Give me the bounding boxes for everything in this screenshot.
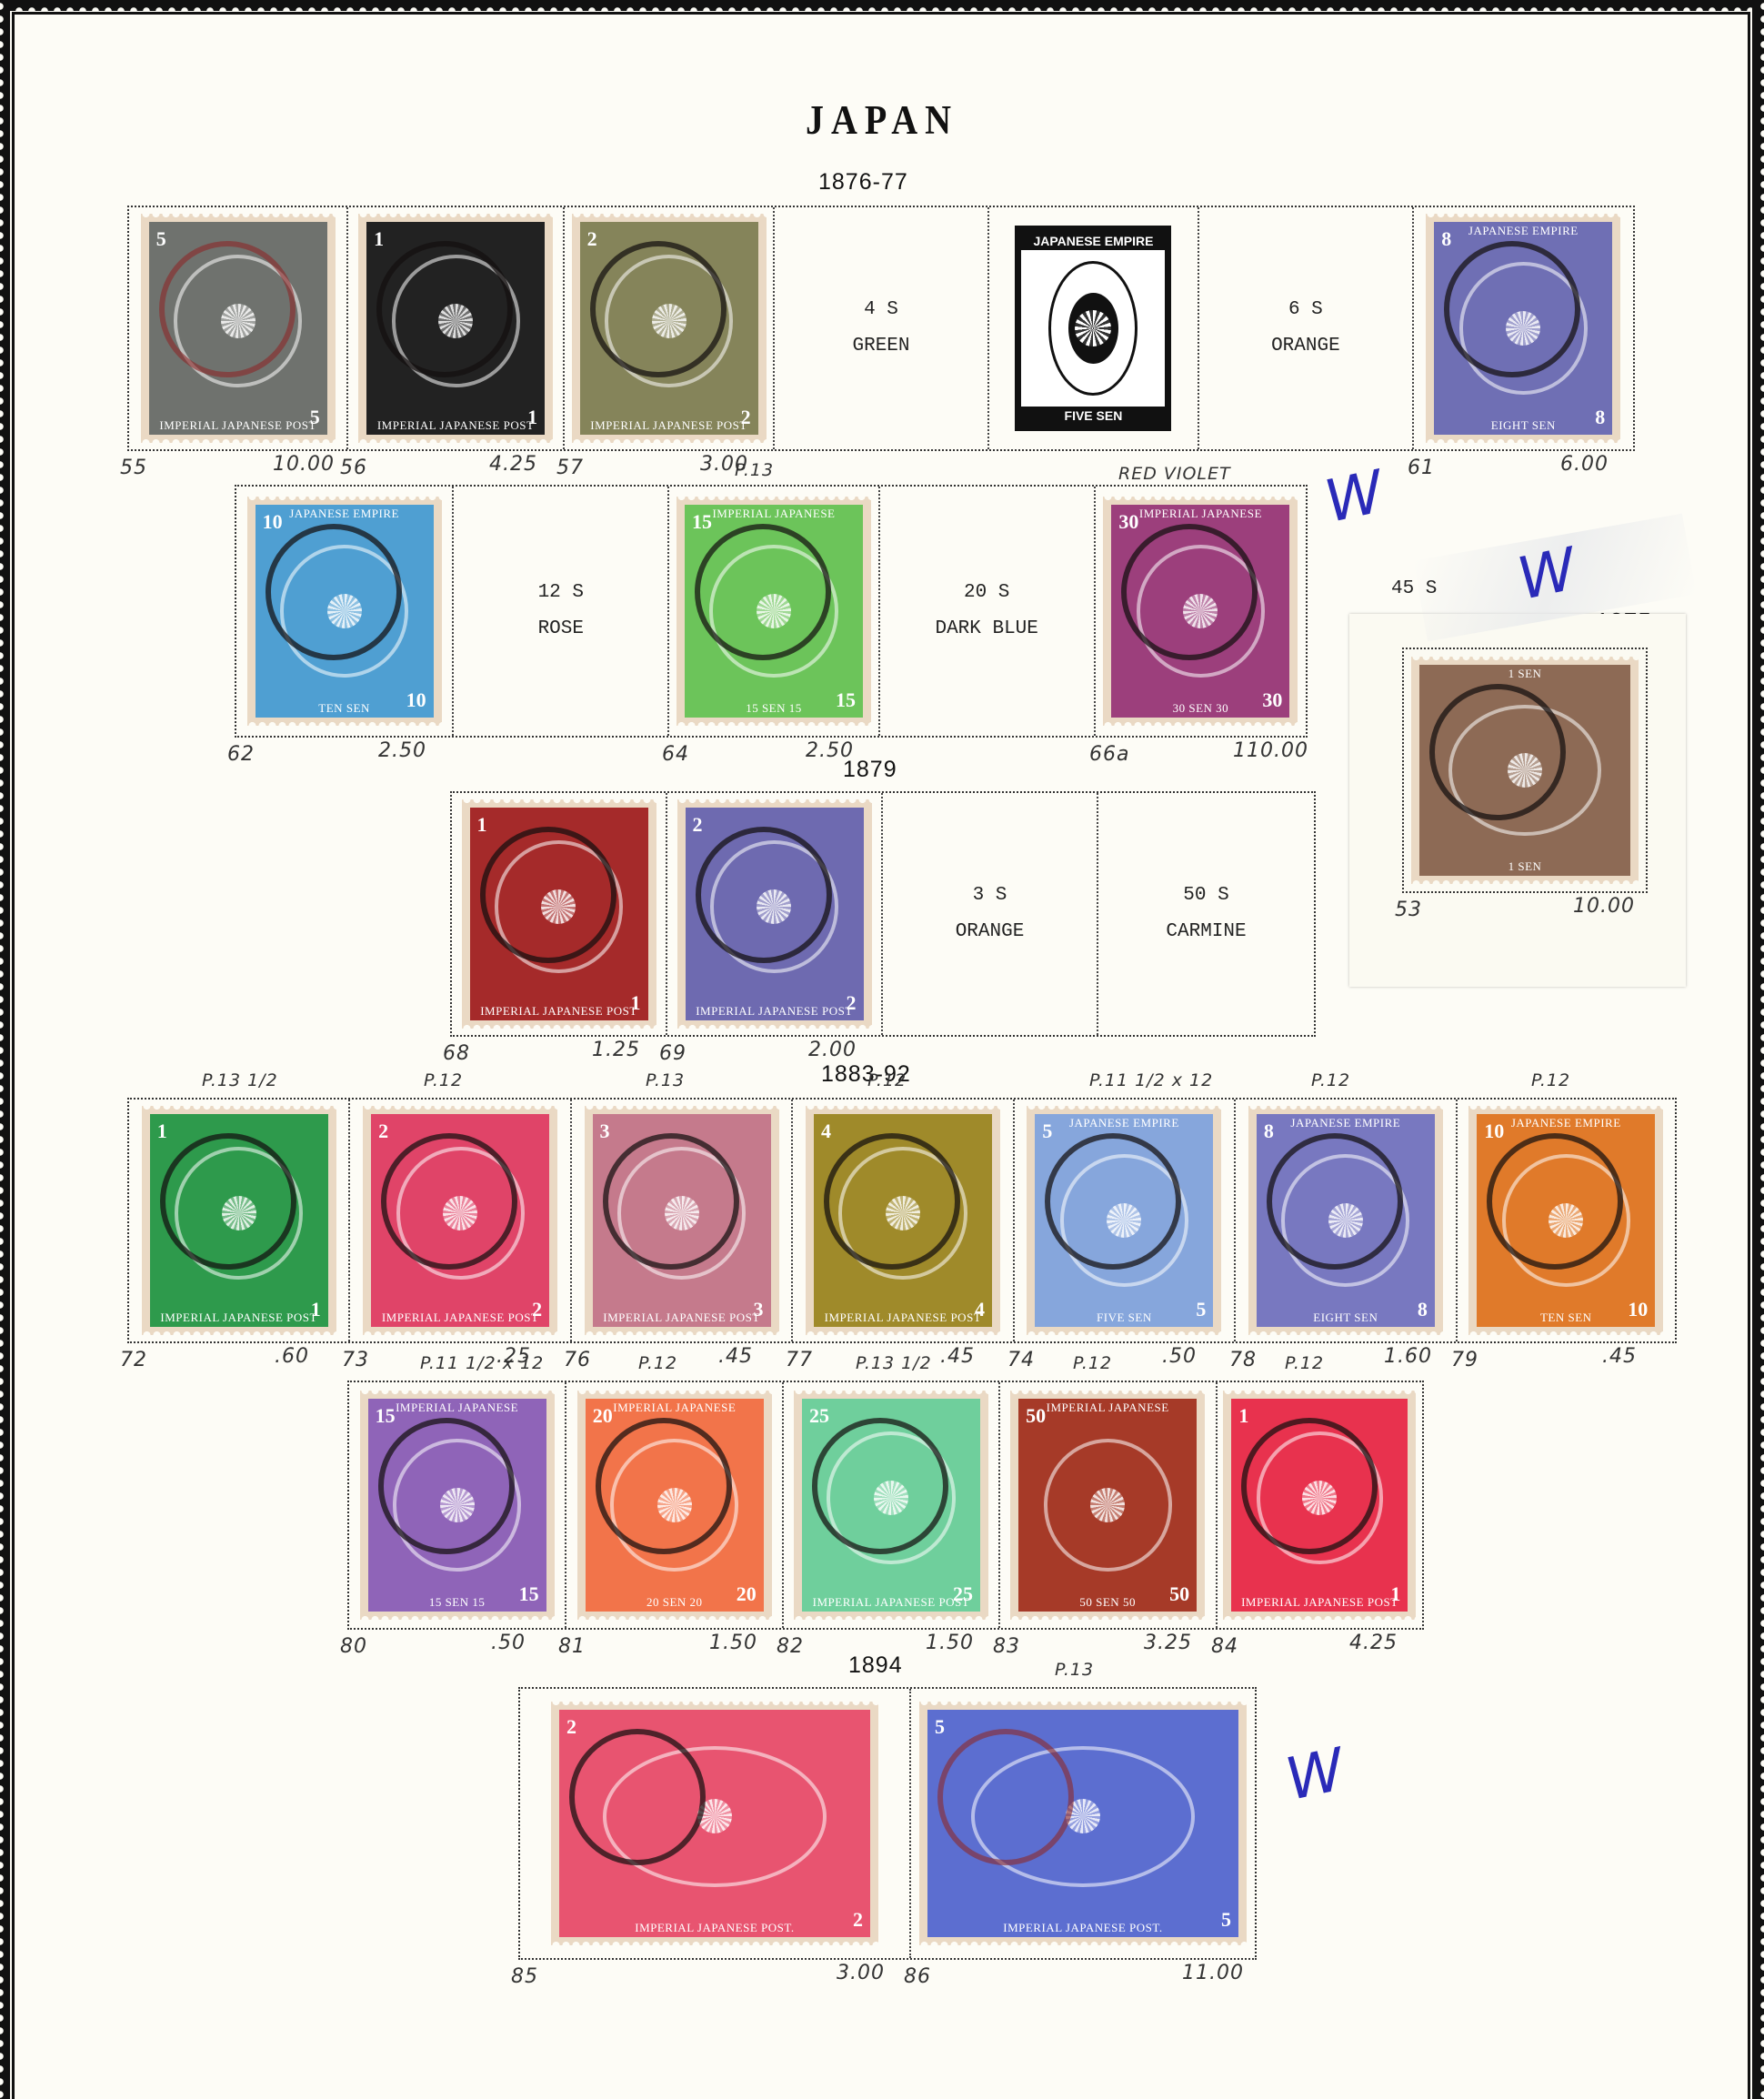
stamp-design: IMPERIAL JAPANESE20 SEN 202020 <box>586 1399 764 1612</box>
postage-stamp[interactable]: JAPANESE EMPIRETEN SEN1010 <box>247 497 442 726</box>
chrysanthemum-icon <box>757 594 791 628</box>
postage-stamp[interactable]: 1 SEN1 SEN <box>1411 657 1639 884</box>
empty-stamp-space: 20 SDARK BLUE <box>880 487 1096 736</box>
empty-space-label: 12 SROSE <box>538 575 584 648</box>
page-title: JAPAN <box>0 95 1764 144</box>
stamp-bottom-text: 1 SEN <box>1419 858 1630 876</box>
catalog-value: .50 <box>1162 1345 1197 1368</box>
stamp-oval <box>495 840 623 972</box>
stamp-design: IMPERIAL JAPANESE POST2525 <box>802 1399 980 1612</box>
stamp-design: IMPERIAL JAPANESE POST.22 <box>559 1710 870 1937</box>
stamp-denomination: 2 <box>853 1908 863 1932</box>
stamp-bottom-text: FIVE SEN <box>1035 1309 1213 1327</box>
stamp-oval <box>710 840 838 972</box>
album-border-right <box>1752 0 1764 2099</box>
empty-stamp-space: 12 SROSE <box>454 487 669 736</box>
stamp-denomination: 30 <box>1262 688 1282 712</box>
album-frame-1883-92: IMPERIAL JAPANESE POST11IMPERIAL JAPANES… <box>127 1098 1677 1343</box>
stamp-denomination: 15 <box>376 1404 396 1428</box>
stamp-denomination: 2 <box>378 1120 388 1143</box>
stamp-top-text <box>559 1710 870 1713</box>
empty-space-label: 20 SDARK BLUE <box>935 575 1037 648</box>
stamp-bottom-text: IMPERIAL JAPANESE POST <box>814 1309 992 1327</box>
stamp-denomination: 1 <box>311 1298 321 1321</box>
stamp-denomination: 3 <box>600 1120 610 1143</box>
chrysanthemum-icon <box>438 304 473 338</box>
postage-stamp[interactable]: IMPERIAL JAPANESE POST22 <box>363 1106 557 1335</box>
scott-number: 74 <box>1007 1349 1035 1371</box>
stamp-design: IMPERIAL JAPANESE15 SEN 151515 <box>368 1399 546 1612</box>
stamp-denomination: 4 <box>821 1120 831 1143</box>
stamp-space[interactable]: IMPERIAL JAPANESE15 SEN 151515 <box>669 487 879 736</box>
stamp-bottom-text: IMPERIAL JAPANESE POST <box>366 417 545 435</box>
stamp-bottom-text: IMPERIAL JAPANESE POST <box>593 1309 771 1327</box>
stamp-bottom-text: IMPERIAL JAPANESE POST <box>371 1309 549 1327</box>
stamp-oval <box>605 255 733 387</box>
stamp-oval <box>1060 1154 1188 1286</box>
stamp-space[interactable]: IMPERIAL JAPANESE POST11 <box>1218 1382 1422 1628</box>
stamp-denomination: 10 <box>1628 1298 1648 1321</box>
stamp-top-text <box>470 808 648 811</box>
album-frame-1876-77: JAPANESE EMPIRETEN SEN101012 SROSEIMPERI… <box>235 485 1308 738</box>
stamp-space[interactable]: JAPANESE EMPIREEIGHT SEN88 <box>1414 207 1633 449</box>
album-frame-1894: IMPERIAL JAPANESE POST.22IMPERIAL JAPANE… <box>518 1687 1257 1960</box>
denomination: 50 S <box>1166 878 1246 914</box>
postage-stamp[interactable]: IMPERIAL JAPANESE POST11 <box>1223 1391 1416 1620</box>
stamp-design: JAPANESE EMPIREEIGHT SEN88 <box>1434 222 1612 435</box>
stamp-denomination: 10 <box>406 688 426 712</box>
perforation-note: P.12 <box>1285 1353 1324 1373</box>
stamp-oval <box>396 1147 525 1279</box>
stamp-top-text <box>927 1710 1238 1713</box>
stamp-denomination: 1 <box>477 813 487 837</box>
scott-number: 61 <box>1408 457 1435 479</box>
stamp-denomination: 8 <box>1418 1298 1428 1321</box>
perforation-note: P.12 <box>867 1070 907 1090</box>
color-name: GREEN <box>852 328 909 365</box>
perforation-note: P.13 1/2 <box>202 1070 278 1090</box>
stamp-design: IMPERIAL JAPANESE POST22 <box>580 222 758 435</box>
perforation-note: P.12 <box>1311 1070 1350 1090</box>
stamp-denomination: 5 <box>156 227 166 251</box>
stamp-space[interactable]: IMPERIAL JAPANESE30 SEN 303030 <box>1096 487 1306 736</box>
stamp-top-text <box>366 222 545 226</box>
perforation-note: P.12 <box>1073 1353 1112 1373</box>
postage-stamp[interactable]: IMPERIAL JAPANESE POST22 <box>677 799 872 1029</box>
stamp-denomination: 15 <box>836 688 856 712</box>
stamp-denomination: 10 <box>263 510 283 534</box>
stamp-top-text: JAPANESE EMPIRE <box>1035 1114 1213 1132</box>
postage-stamp[interactable]: JAPANESE EMPIREEIGHT SEN88 <box>1248 1106 1443 1335</box>
empty-space-label: 45 S <box>1391 571 1437 608</box>
stamp-design: JAPANESE EMPIREEIGHT SEN88 <box>1257 1114 1435 1327</box>
stamp-space[interactable]: IMPERIAL JAPANESE POST22 <box>667 793 883 1035</box>
stamp-design: IMPERIAL JAPANESE POST22 <box>371 1114 549 1327</box>
stamp-top-text <box>371 1114 549 1118</box>
catalog-value: 2.00 <box>808 1039 857 1061</box>
perforation-note: P.13 1/2 <box>856 1353 932 1373</box>
chrysanthemum-icon <box>757 889 791 924</box>
stamp-denomination: 1 <box>1390 1582 1400 1606</box>
chrysanthemum-icon <box>874 1481 908 1515</box>
perforation-note: P.11 1/2 x 12 <box>420 1353 544 1373</box>
illustration-bottom-text: FIVE SEN <box>1021 407 1165 425</box>
check-mark: W <box>1281 1741 1349 1810</box>
scott-number: 56 <box>340 457 367 479</box>
catalog-value: 2.50 <box>806 739 854 762</box>
stamp-top-text: 1 SEN <box>1419 665 1630 683</box>
check-mark: W <box>1513 540 1581 609</box>
empty-stamp-space: 3 SORANGE <box>883 793 1098 1035</box>
color-name: DARK BLUE <box>935 611 1037 648</box>
postage-stamp[interactable]: IMPERIAL JAPANESE POST22 <box>572 214 767 443</box>
chrysanthemum-icon <box>657 1488 692 1522</box>
postage-stamp[interactable]: JAPANESE EMPIRETEN SEN1010 <box>1468 1106 1663 1335</box>
stamp-design: IMPERIAL JAPANESE50 SEN 505050 <box>1018 1399 1197 1612</box>
chrysanthemum-icon <box>652 304 687 338</box>
stamp-denomination: 5 <box>935 1715 945 1739</box>
stamp-denomination: 1 <box>374 227 384 251</box>
stamp-top-text <box>149 222 327 226</box>
stamp-denomination: 50 <box>1026 1404 1046 1428</box>
postage-stamp[interactable]: IMPERIAL JAPANESE POST44 <box>806 1106 1000 1335</box>
postage-stamp[interactable]: IMPERIAL JAPANESE15 SEN 151515 <box>677 497 871 726</box>
stamp-oval <box>971 1746 1195 1887</box>
stamp-space[interactable]: JAPANESE EMPIRETEN SEN1010 <box>236 487 454 736</box>
scott-number: 85 <box>511 1965 538 1988</box>
chrysanthemum-icon <box>1183 594 1218 628</box>
perforation-note: P.13 <box>735 460 774 480</box>
stamp-oval <box>827 1431 955 1563</box>
stamp-denomination: 30 <box>1118 510 1138 534</box>
perforation-note: P.13 <box>646 1070 685 1090</box>
stamp-bottom-text: EIGHT SEN <box>1434 417 1612 435</box>
stamp-design: IMPERIAL JAPANESE POST44 <box>814 1114 992 1327</box>
empty-space-label: 3 SORANGE <box>956 878 1025 950</box>
scott-number: 64 <box>662 743 689 766</box>
stamp-denomination: 20 <box>737 1582 757 1606</box>
stamp-denomination: 1 <box>1238 1404 1248 1428</box>
stamp-space[interactable]: IMPERIAL JAPANESE POST.55 <box>911 1689 1255 1958</box>
chrysanthemum-icon <box>697 1799 732 1833</box>
stamp-top-text <box>593 1114 771 1118</box>
stamp-denomination: 50 <box>1169 1582 1189 1606</box>
chrysanthemum-icon <box>1328 1203 1363 1238</box>
stamp-design: JAPANESE EMPIRETEN SEN1010 <box>256 505 434 718</box>
stamp-oval <box>709 545 837 677</box>
scott-number: 57 <box>556 457 584 479</box>
stamp-bottom-text: IMPERIAL JAPANESE POST. <box>927 1919 1238 1937</box>
perforation-note: P.11 1/2 x 12 <box>1089 1070 1213 1090</box>
catalog-value: 4.25 <box>489 453 537 476</box>
scott-number: 78 <box>1229 1349 1257 1371</box>
denomination: 45 S <box>1391 571 1437 608</box>
stamp-denomination: 5 <box>1042 1120 1052 1143</box>
scott-number: 79 <box>1451 1349 1478 1371</box>
perforation-note: P.12 <box>424 1070 463 1090</box>
stamp-denomination: 1 <box>631 991 641 1015</box>
stamp-design: IMPERIAL JAPANESE POST11 <box>366 222 545 435</box>
stamp-top-text: JAPANESE EMPIRE <box>1257 1114 1435 1132</box>
stamp-oval <box>617 1147 746 1279</box>
stamp-space[interactable]: IMPERIAL JAPANESE POST2525 <box>784 1382 999 1628</box>
scott-number: 73 <box>342 1349 369 1371</box>
stamp-space[interactable]: IMPERIAL JAPANESE POST22 <box>350 1100 571 1341</box>
stamp-bottom-text: IMPERIAL JAPANESE POST <box>150 1309 328 1327</box>
catalog-value: 4.25 <box>1349 1632 1398 1654</box>
stamp-oval <box>1257 1431 1384 1563</box>
empty-stamp-space: 6 SORANGE <box>1199 207 1413 449</box>
postage-stamp[interactable]: IMPERIAL JAPANESE20 SEN 202020 <box>577 1391 772 1620</box>
stamp-top-text <box>814 1114 992 1118</box>
stamp-bottom-text: IMPERIAL JAPANESE POST <box>149 417 327 435</box>
year-heading-1876-77: 1876-77 <box>818 169 908 196</box>
catalog-value: 3.25 <box>1144 1632 1192 1654</box>
chrysanthemum-icon <box>1066 1799 1100 1833</box>
catalog-value: 110.00 <box>1233 739 1308 762</box>
stamp-denomination: 4 <box>975 1298 985 1321</box>
stamp-oval <box>1137 545 1265 677</box>
empty-space-label: 6 SORANGE <box>1271 292 1340 365</box>
inner-rule-right <box>1748 12 1750 2099</box>
stamp-space[interactable]: 1 SEN1 SEN <box>1404 649 1646 891</box>
stamp-design: IMPERIAL JAPANESE POST.55 <box>927 1710 1238 1937</box>
scott-number: 84 <box>1211 1635 1238 1658</box>
stamp-design: JAPANESE EMPIRETEN SEN1010 <box>1477 1114 1655 1327</box>
stamp-oval <box>610 1439 738 1571</box>
album-frame-1876-77: IMPERIAL JAPANESE POST55IMPERIAL JAPANES… <box>127 206 1635 451</box>
stamp-denomination: 2 <box>532 1298 542 1321</box>
catalog-value: 6.00 <box>1560 453 1609 476</box>
denomination: 6 S <box>1271 292 1340 328</box>
stamp-space[interactable]: IMPERIAL JAPANESE POST11 <box>129 1100 350 1341</box>
chrysanthemum-icon <box>1549 1203 1583 1238</box>
stamp-denomination: 8 <box>1264 1120 1274 1143</box>
color-note: RED VIOLET <box>1118 464 1231 484</box>
album-border-left <box>0 0 10 2099</box>
scott-number: 80 <box>340 1635 367 1658</box>
stamp-illustration: JAPANESE EMPIREFIVE SEN <box>1015 226 1171 431</box>
denomination: 3 S <box>956 878 1025 914</box>
empty-space-label: 4 SGREEN <box>852 292 909 365</box>
scott-number: 66a <box>1089 743 1129 766</box>
album-frame-1875: 1 SEN1 SEN <box>1402 648 1648 893</box>
chrysanthemum-icon <box>1508 753 1542 788</box>
stamp-top-text <box>802 1399 980 1402</box>
album-frame-1883-92: IMPERIAL JAPANESE15 SEN 151515IMPERIAL J… <box>347 1381 1424 1630</box>
stamp-oval <box>392 255 520 387</box>
stamp-denomination: 2 <box>566 1715 576 1739</box>
stamp-denomination: 25 <box>809 1404 829 1428</box>
postage-stamp[interactable]: IMPERIAL JAPANESE15 SEN 151515 <box>360 1391 555 1620</box>
chrysanthemum-icon <box>222 1196 256 1230</box>
stamp-top-text: JAPANESE EMPIRE <box>1434 222 1612 240</box>
stamp-design: IMPERIAL JAPANESE15 SEN 151515 <box>685 505 863 718</box>
postage-stamp[interactable]: JAPANESE EMPIREFIVE SEN55 <box>1027 1106 1221 1335</box>
stamp-design: IMPERIAL JAPANESE POST11 <box>470 808 648 1020</box>
stamp-denomination: 15 <box>692 510 712 534</box>
stamp-denomination: 2 <box>587 227 597 251</box>
stamp-top-text <box>686 808 864 811</box>
stamp-oval <box>603 1746 827 1887</box>
stamp-design: 1 SEN1 SEN <box>1419 665 1630 876</box>
stamp-top-text <box>150 1114 328 1118</box>
stamp-denomination: 15 <box>519 1582 539 1606</box>
catalog-value: 1.50 <box>926 1632 974 1654</box>
empty-stamp-space: 4 SGREEN <box>775 207 988 449</box>
empty-space-label: 50 SCARMINE <box>1166 878 1246 950</box>
color-name: ORANGE <box>956 914 1025 950</box>
postage-stamp[interactable]: IMPERIAL JAPANESE POST33 <box>585 1106 779 1335</box>
catalog-value: 2.50 <box>378 739 426 762</box>
stamp-bottom-text: IMPERIAL JAPANESE POST <box>1231 1593 1408 1612</box>
stamp-space[interactable]: IMPERIAL JAPANESE POST55 <box>129 207 348 449</box>
stamp-space[interactable]: IMPERIAL JAPANESE20 SEN 202020 <box>566 1382 784 1628</box>
catalog-value: 1.25 <box>592 1039 640 1061</box>
scott-number: 62 <box>227 743 255 766</box>
stamp-denomination: 8 <box>1441 227 1451 251</box>
catalog-value: .60 <box>275 1345 309 1368</box>
stamp-space[interactable]: IMPERIAL JAPANESE POST.22 <box>520 1689 911 1958</box>
chrysanthemum-icon <box>886 1196 920 1230</box>
stamp-design: IMPERIAL JAPANESE POST22 <box>686 808 864 1020</box>
stamp-oval <box>280 545 408 677</box>
chrysanthemum-icon <box>327 594 362 628</box>
postage-stamp[interactable]: IMPERIAL JAPANESE50 SEN 505050 <box>1010 1391 1205 1620</box>
stamp-design: IMPERIAL JAPANESE POST55 <box>149 222 327 435</box>
catalog-value: .45 <box>940 1345 975 1368</box>
stamp-denomination: 20 <box>593 1404 613 1428</box>
stamp-space[interactable]: JAPANESE EMPIREFIVE SEN <box>989 207 1199 449</box>
scott-number: 77 <box>786 1349 813 1371</box>
postage-stamp[interactable]: IMPERIAL JAPANESE POST.55 <box>919 1702 1247 1945</box>
illustration-oval <box>1048 261 1138 396</box>
catalog-value: .45 <box>1602 1345 1637 1368</box>
stamp-design: JAPANESE EMPIREFIVE SEN55 <box>1035 1114 1213 1327</box>
stamp-oval <box>1502 1154 1630 1286</box>
stamp-bottom-text: IMPERIAL JAPANESE POST <box>686 1002 864 1020</box>
color-name: CARMINE <box>1166 914 1246 950</box>
catalog-value: 3.00 <box>837 1962 885 1984</box>
album-frame-1879: IMPERIAL JAPANESE POST11IMPERIAL JAPANES… <box>450 791 1316 1037</box>
stamp-space[interactable]: JAPANESE EMPIREEIGHT SEN88 <box>1236 1100 1457 1341</box>
scott-number: 83 <box>993 1635 1020 1658</box>
postage-stamp[interactable]: IMPERIAL JAPANESE POST.22 <box>551 1702 878 1945</box>
catalog-value: 10.00 <box>273 453 335 476</box>
stamp-space[interactable]: IMPERIAL JAPANESE50 SEN 505050 <box>1000 1382 1218 1628</box>
perforation-note: P.12 <box>638 1353 677 1373</box>
stamp-design: IMPERIAL JAPANESE POST33 <box>593 1114 771 1327</box>
stamp-denomination: 25 <box>953 1582 973 1606</box>
album-border-top <box>0 0 1764 11</box>
perforation-note: P.12 <box>1531 1070 1570 1090</box>
denomination: 12 S <box>538 575 584 611</box>
stamp-denomination: 3 <box>754 1298 764 1321</box>
postage-stamp[interactable]: IMPERIAL JAPANESE POST11 <box>142 1106 336 1335</box>
stamp-denomination: 5 <box>1221 1908 1231 1932</box>
scott-number: 69 <box>659 1042 687 1065</box>
stamp-top-text <box>1231 1399 1408 1402</box>
stamp-denomination: 2 <box>693 813 703 837</box>
year-heading-1894: 1894 <box>848 1652 903 1679</box>
stamp-oval <box>1459 262 1588 394</box>
postage-stamp[interactable]: IMPERIAL JAPANESE POST55 <box>141 214 336 443</box>
stamp-oval <box>175 1147 303 1279</box>
stamp-oval <box>393 1439 521 1571</box>
stamp-space[interactable]: IMPERIAL JAPANESE POST33 <box>572 1100 793 1341</box>
catalog-value: 1.50 <box>709 1632 757 1654</box>
scott-number: 76 <box>564 1349 591 1371</box>
stamp-bottom-text: IMPERIAL JAPANESE POST. <box>559 1919 870 1937</box>
stamp-space[interactable]: IMPERIAL JAPANESE POST44 <box>793 1100 1014 1341</box>
chrysanthemum-icon <box>221 304 256 338</box>
stamp-oval <box>1448 705 1600 836</box>
stamp-denomination: 5 <box>310 406 320 429</box>
stamp-oval <box>174 255 302 387</box>
stamp-space[interactable]: JAPANESE EMPIREFIVE SEN55 <box>1015 1100 1236 1341</box>
chrysanthemum-icon <box>1506 311 1540 346</box>
chrysanthemum-icon <box>443 1196 477 1230</box>
stamp-denomination: 2 <box>741 406 751 429</box>
stamp-space[interactable]: IMPERIAL JAPANESE POST11 <box>348 207 564 449</box>
stamp-space[interactable]: IMPERIAL JAPANESE POST11 <box>452 793 667 1035</box>
catalog-value: .50 <box>491 1632 526 1654</box>
catalog-value: .45 <box>718 1345 753 1368</box>
scott-number: 86 <box>904 1965 931 1988</box>
postage-stamp[interactable]: IMPERIAL JAPANESE POST2525 <box>794 1391 988 1620</box>
stamp-design: IMPERIAL JAPANESE POST11 <box>1231 1399 1408 1612</box>
inner-rule-left <box>12 12 15 2099</box>
stamp-design: IMPERIAL JAPANESE30 SEN 303030 <box>1111 505 1289 718</box>
stamp-oval <box>1044 1439 1172 1571</box>
illustration-top-text: JAPANESE EMPIRE <box>1021 232 1165 250</box>
stamp-bottom-text: IMPERIAL JAPANESE POST <box>580 417 758 435</box>
postage-stamp[interactable]: IMPERIAL JAPANESE30 SEN 303030 <box>1103 497 1298 726</box>
chrysanthemum-icon <box>665 1196 699 1230</box>
stamp-oval <box>1281 1154 1409 1286</box>
stamp-space[interactable]: IMPERIAL JAPANESE15 SEN 151515 <box>349 1382 566 1628</box>
scott-number: 53 <box>1395 899 1422 921</box>
chrysanthemum-icon <box>440 1488 475 1522</box>
color-name: ORANGE <box>1271 328 1340 365</box>
chrysanthemum-icon <box>541 889 576 924</box>
scott-number: 81 <box>558 1635 586 1658</box>
check-mark: W <box>1320 463 1388 532</box>
stamp-denomination: 8 <box>1595 406 1605 429</box>
postage-stamp[interactable]: IMPERIAL JAPANESE POST11 <box>462 799 656 1029</box>
empty-stamp-space: 50 SCARMINE <box>1098 793 1314 1035</box>
chrysanthemum-icon <box>1302 1481 1337 1515</box>
stamp-denomination: 2 <box>847 991 857 1015</box>
perforation-note: P.13 <box>1055 1660 1094 1680</box>
catalog-value: 10.00 <box>1573 895 1635 918</box>
stamp-denomination: 1 <box>527 406 537 429</box>
postage-stamp[interactable]: JAPANESE EMPIREEIGHT SEN88 <box>1426 214 1620 443</box>
postage-stamp[interactable]: IMPERIAL JAPANESE POST11 <box>358 214 553 443</box>
stamp-bottom-text: IMPERIAL JAPANESE POST <box>470 1002 648 1020</box>
stamp-space[interactable]: IMPERIAL JAPANESE POST22 <box>565 207 775 449</box>
catalog-value: 11.00 <box>1182 1962 1244 1984</box>
stamp-space[interactable]: JAPANESE EMPIRETEN SEN1010 <box>1458 1100 1675 1341</box>
scott-number: 72 <box>120 1349 147 1371</box>
color-name: ROSE <box>538 611 584 648</box>
stamp-design: IMPERIAL JAPANESE POST11 <box>150 1114 328 1327</box>
denomination: 20 S <box>935 575 1037 611</box>
inner-rule-top <box>12 12 1750 15</box>
chrysanthemum-icon <box>1090 1488 1125 1522</box>
chrysanthemum-icon <box>1068 293 1118 364</box>
chrysanthemum-icon <box>1107 1203 1141 1238</box>
